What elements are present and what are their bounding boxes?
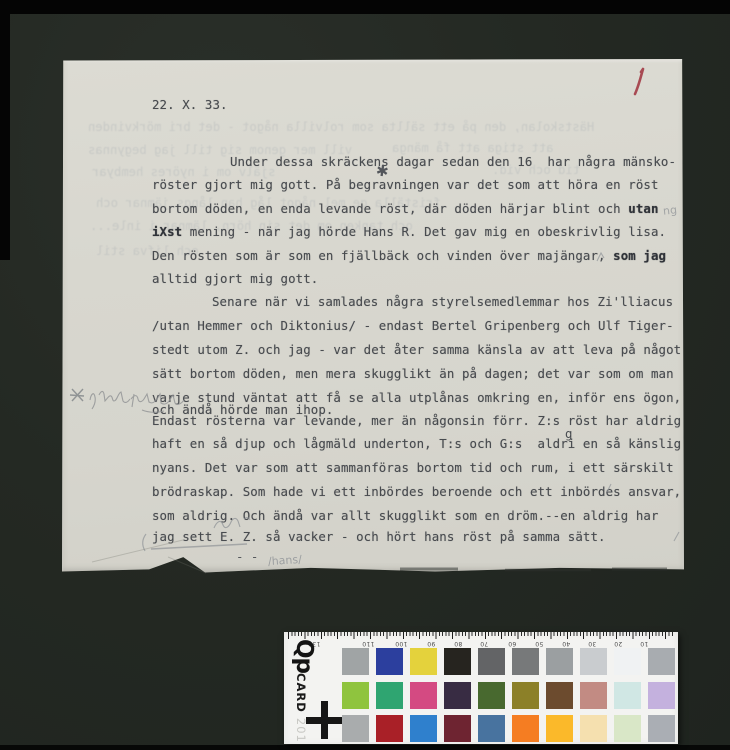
color-patch: [648, 715, 675, 742]
color-patch: [376, 715, 403, 742]
color-patch: [512, 648, 539, 675]
ruler-number: 100: [395, 640, 407, 647]
typed-text: /utan Hemmer och Diktonius/ - endast Ber…: [152, 318, 674, 333]
typed-text: Endast rösterna var levande, mer än någo…: [152, 413, 681, 428]
ruler-number: 70: [480, 640, 488, 647]
ruler-number: 90: [427, 640, 435, 647]
typed-line: jag sett E. Z. så vacker - och hört hans…: [152, 530, 606, 543]
color-patch: [478, 715, 505, 742]
typed-date: 22. X. 33.: [152, 98, 228, 111]
ruler-number: 110: [362, 640, 374, 647]
typed-text: som aldrig. Och ändå var allt skugglikt …: [152, 508, 659, 523]
color-patch: [376, 648, 403, 675]
typed-line: bortom döden, en enda levande röst, där …: [152, 202, 659, 215]
color-patch: [614, 648, 641, 675]
typed-text: Den rösten som är som en fjällbäck och v…: [152, 248, 613, 263]
color-patch: [546, 648, 573, 675]
typed-line: stedt utom Z. och jag - var det åter sam…: [152, 343, 681, 356]
typed-text: Senare när vi samlades några styrelsemed…: [212, 294, 673, 309]
scanner-frame-left: [0, 0, 10, 260]
ruler-number: 20: [614, 640, 622, 647]
ruler-number: 60: [508, 640, 516, 647]
typed-line: /utan Hemmer och Diktonius/ - endast Ber…: [152, 319, 674, 332]
color-patch: [444, 682, 471, 709]
color-patch: [614, 682, 641, 709]
typed-text: röster gjort mig gott. På begravningen v…: [152, 177, 659, 192]
typed-dashes: - -: [236, 549, 258, 564]
pencil-note-after-utan: ng: [662, 203, 677, 217]
typed-text: jag sett E. Z. så vacker - och hört hans…: [152, 529, 606, 544]
color-patch: [580, 682, 607, 709]
color-patch: [410, 682, 437, 709]
color-patch: [478, 648, 505, 675]
color-patch: [546, 682, 573, 709]
color-patch: [580, 715, 607, 742]
color-patch: [342, 682, 369, 709]
ruler-number: 80: [454, 640, 462, 647]
color-patch: [444, 648, 471, 675]
color-patch: [478, 682, 505, 709]
qpcard-brand2: CARD: [294, 673, 308, 713]
typed-text: alltid gjort mig gott.: [152, 271, 318, 286]
ruler-ticks-major: [288, 632, 675, 639]
color-patch: [342, 715, 369, 742]
typed-line: Den rösten som är som en fjällbäck och v…: [152, 249, 666, 262]
color-patch: [580, 648, 607, 675]
typed-text: nyans. Det var som att sammanföras borto…: [152, 460, 674, 475]
typed-text: haft en så djup och lågmäld underton, T:…: [152, 436, 681, 451]
color-patch: [376, 682, 403, 709]
scanner-frame-top: [0, 0, 730, 14]
registration-cross-icon: [321, 701, 328, 739]
scanner-frame-bottom: [0, 745, 730, 750]
typed-text: mening - när jag hörde Hans R. Det gav m…: [182, 224, 666, 239]
typed-line: Senare när vi samlades några styrelsemed…: [212, 295, 673, 308]
color-patch: [410, 715, 437, 742]
inline-asterisk-mark: ✱: [375, 161, 390, 181]
photographed-paper: 22. X. 33. Hästskolan, den på ett sällta…: [62, 59, 684, 573]
superscript-correction: g: [565, 426, 572, 441]
color-patch: [512, 682, 539, 709]
ruler-number: 40: [562, 640, 570, 647]
typed-line: röster gjort mig gott. På begravningen v…: [152, 178, 659, 191]
color-patch: [648, 648, 675, 675]
qpcard-brand: Qp: [291, 639, 317, 673]
hans-note: /hans/: [268, 553, 303, 568]
typed-text: sätt bortom döden, men mera skugglikt än…: [152, 366, 674, 381]
color-card: 130110100908070605040302010 QpCARD 201: [284, 632, 678, 744]
color-patch: [648, 682, 675, 709]
typed-text: brödraskap. Som hade vi ett inbördes ber…: [152, 484, 681, 499]
typed-line: brödraskap. Som hade vi ett inbördes ber…: [152, 485, 681, 498]
color-patch: [444, 715, 471, 742]
typed-text: stedt utom Z. och jag - var det åter sam…: [152, 342, 681, 357]
qpcard-logo: QpCARD 201: [291, 639, 317, 743]
typed-line: Under dessa skräckens dagar sedan den 16…: [230, 155, 676, 168]
typed-line: nyans. Det var som att sammanföras borto…: [152, 461, 674, 474]
color-patch: [512, 715, 539, 742]
typed-overstrike: som jag: [613, 248, 666, 263]
typed-text: Under dessa skräckens dagar sedan den 16…: [230, 154, 676, 169]
typed-line: iXst mening - när jag hörde Hans R. Det …: [152, 225, 666, 238]
typed-overstrike: iXst: [152, 224, 182, 239]
bleed-through-line: Hästskolan, den på ett sällta som rolvil…: [88, 120, 594, 134]
ruler-number: 50: [535, 640, 543, 647]
scan-background: 22. X. 33. Hästskolan, den på ett sällta…: [0, 0, 730, 750]
ruler-number: 30: [588, 640, 596, 647]
bleed-through-line: att stiga att få mänga: [392, 141, 553, 155]
color-patch: [546, 715, 573, 742]
typed-text: bortom döden, en enda levande röst, där …: [152, 201, 628, 216]
typed-line: som aldrig. Och ändå var allt skugglikt …: [152, 509, 659, 522]
color-patch: [614, 715, 641, 742]
typed-line: Endast rösterna var levande, mer än någo…: [152, 414, 681, 427]
color-patch: [410, 648, 437, 675]
color-patch: [342, 648, 369, 675]
typed-line: alltid gjort mig gott.: [152, 272, 318, 285]
typed-line: haft en så djup och lågmäld underton, T:…: [152, 437, 681, 450]
typed-line: sätt bortom döden, men mera skugglikt än…: [152, 367, 674, 380]
typed-overstrike: utan: [628, 201, 658, 216]
ruler-number: 10: [640, 640, 648, 647]
